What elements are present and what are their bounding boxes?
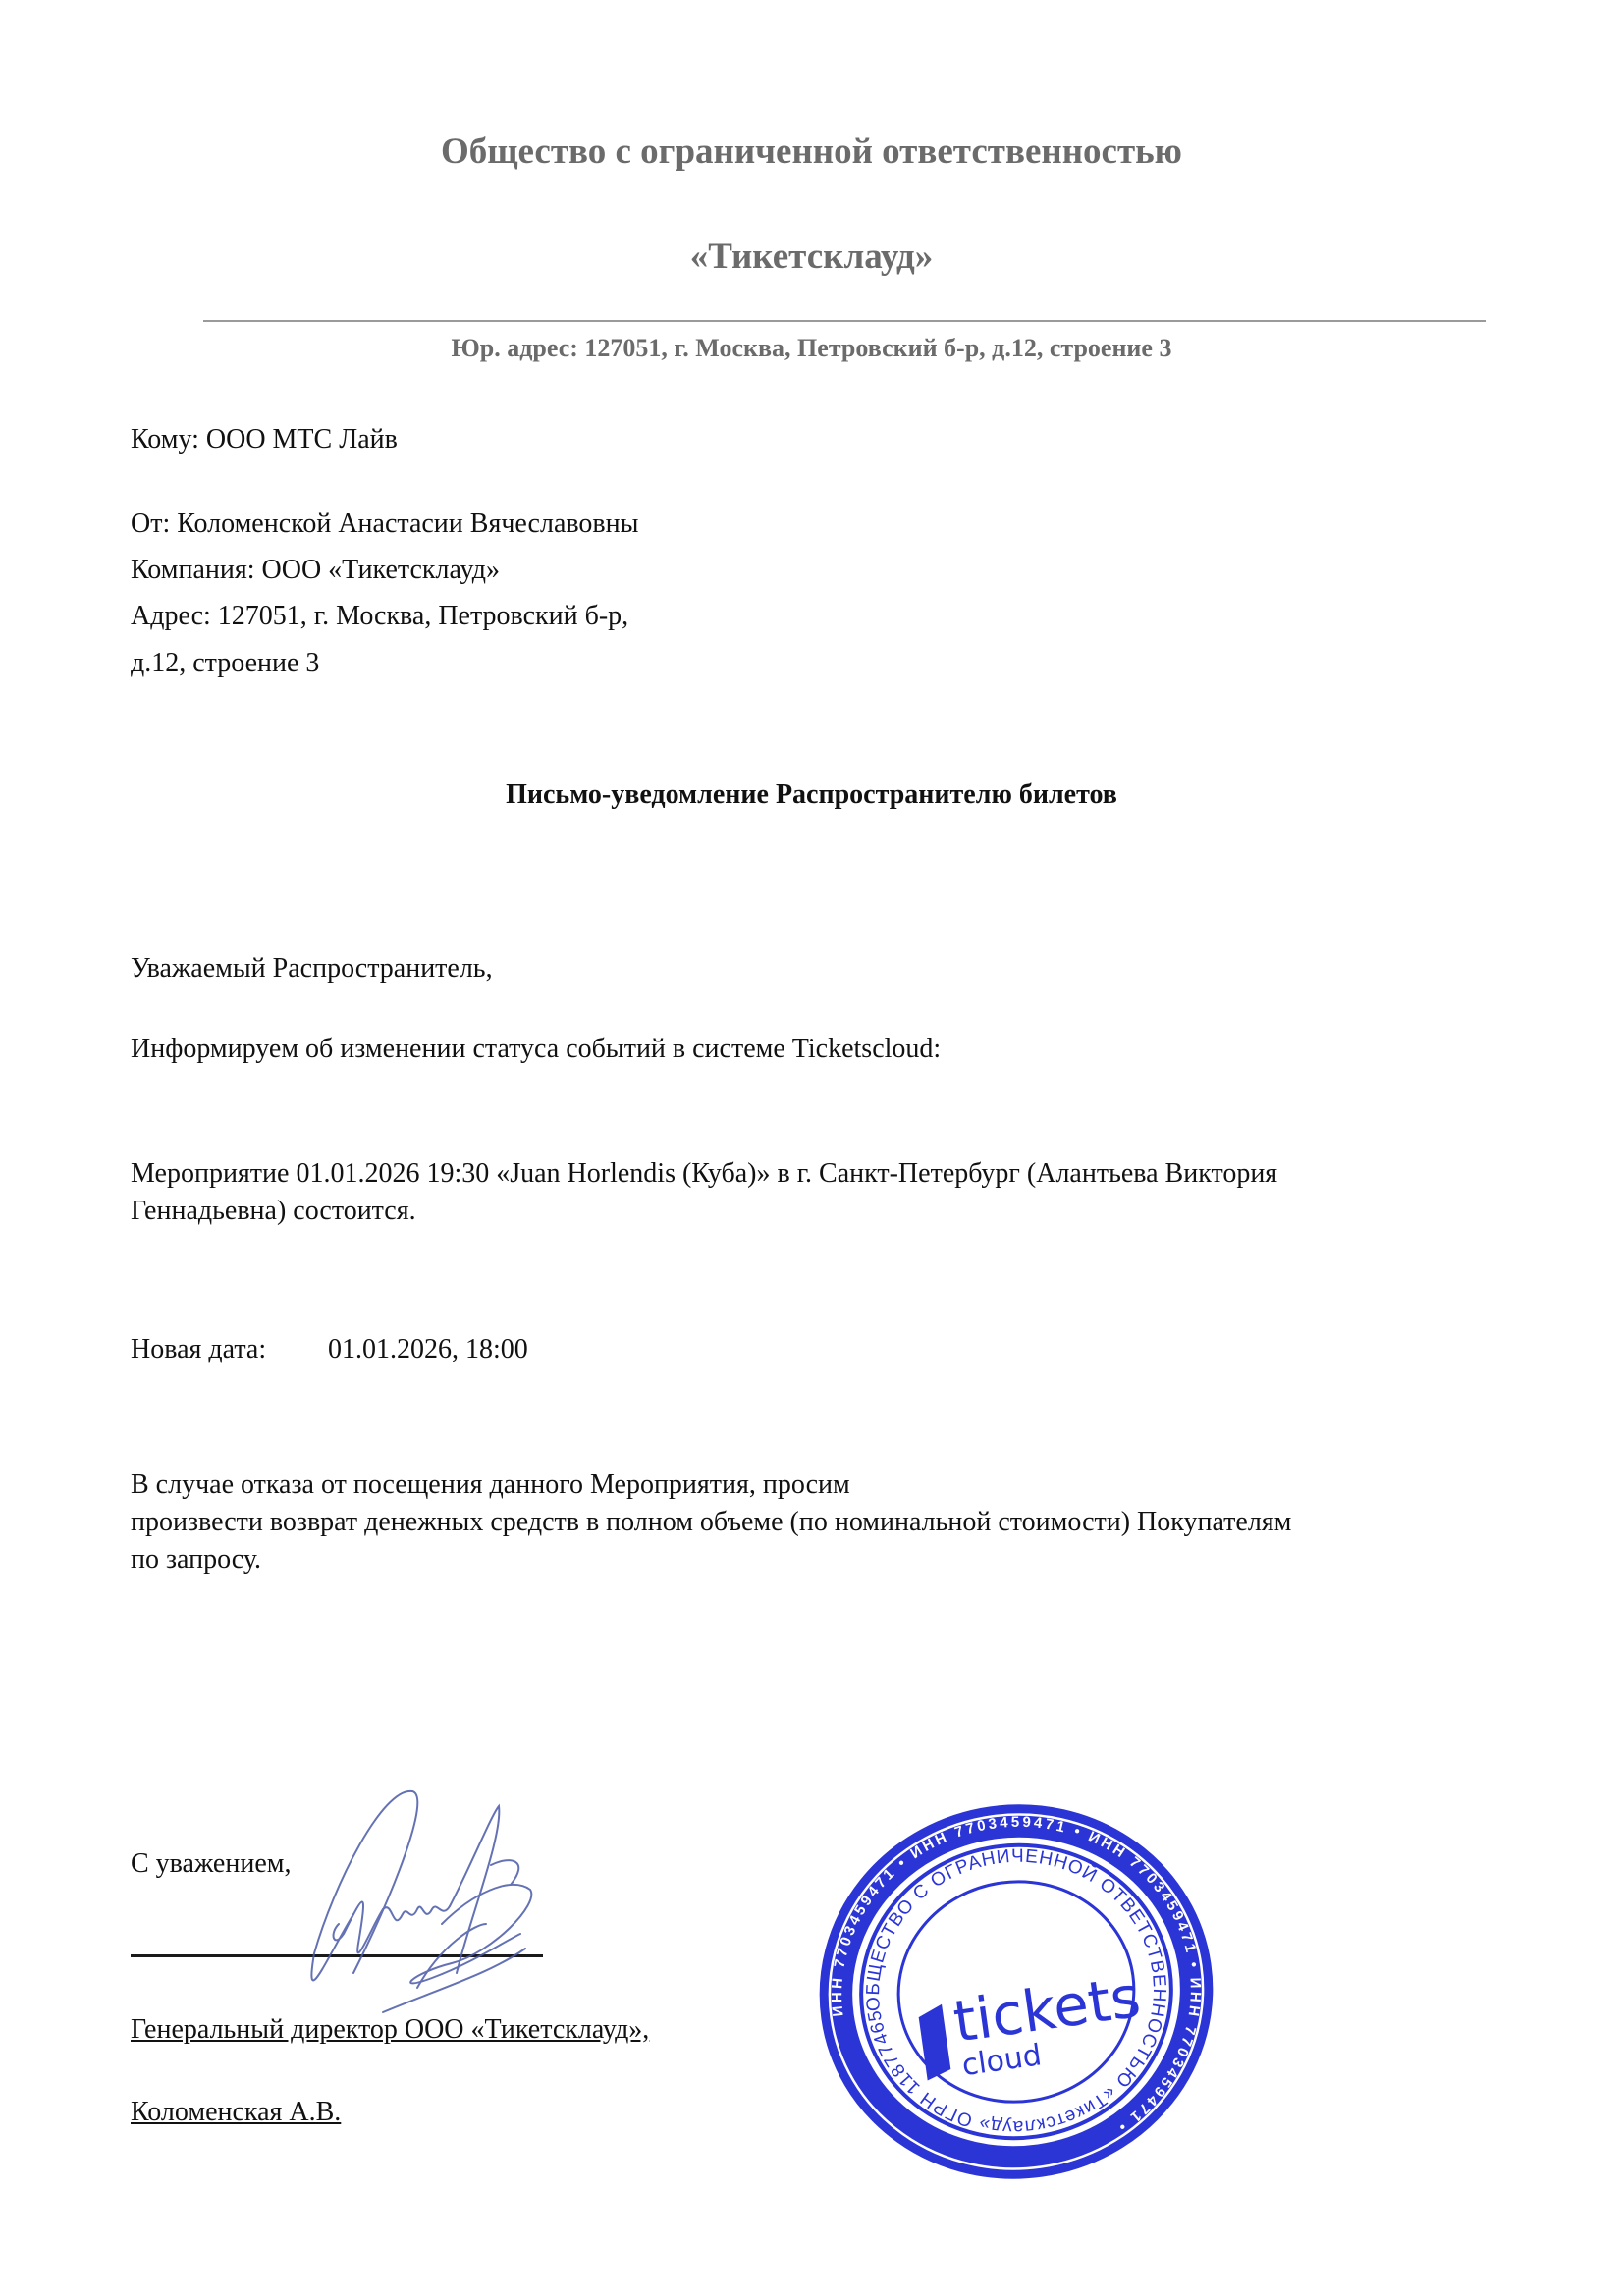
svg-text:tickets: tickets: [949, 1963, 1145, 2056]
refund-line-2: произвести возврат денежных средств в по…: [131, 1506, 1291, 1539]
refund-line-3: по запросу.: [131, 1543, 261, 1576]
handwritten-signature-icon: [245, 1777, 569, 2022]
letterhead-org-name: Общество с ограниченной ответственностью: [0, 131, 1623, 173]
greeting: Уважаемый Распространитель,: [131, 952, 493, 986]
sender-company: Компания: ООО «Тикетсклауд»: [131, 554, 500, 587]
new-date-label: Новая дата:: [131, 1333, 266, 1366]
sender-address-line-2: д.12, строение 3: [131, 647, 319, 680]
refund-line-1: В случае отказа от посещения данного Мер…: [131, 1468, 850, 1502]
company-stamp-icon: ИНН 7703459471 • ИНН 7703459471 • ИНН 77…: [815, 1802, 1217, 2181]
letterhead-divider: [203, 320, 1486, 322]
signer-name: Коломенская А.В.: [131, 2096, 341, 2129]
document-title: Письмо-уведомление Распространителю биле…: [0, 779, 1623, 811]
letterhead-legal-address: Юр. адрес: 127051, г. Москва, Петровский…: [0, 334, 1623, 363]
new-date-value: 01.01.2026, 18:00: [328, 1333, 528, 1366]
event-line-1: Мероприятие 01.01.2026 19:30 «Juan Horle…: [131, 1157, 1277, 1191]
intro-paragraph: Информируем об изменении статуса событий…: [131, 1033, 941, 1066]
event-line-2: Геннадьевна) состоится.: [131, 1195, 416, 1228]
sender: От: Коломенской Анастасии Вячеславовны: [131, 507, 638, 541]
recipient: Кому: ООО МТС Лайв: [131, 423, 398, 456]
letterhead-brand: «Тикетсклауд»: [0, 236, 1623, 278]
sender-address-line-1: Адрес: 127051, г. Москва, Петровский б-р…: [131, 600, 628, 633]
